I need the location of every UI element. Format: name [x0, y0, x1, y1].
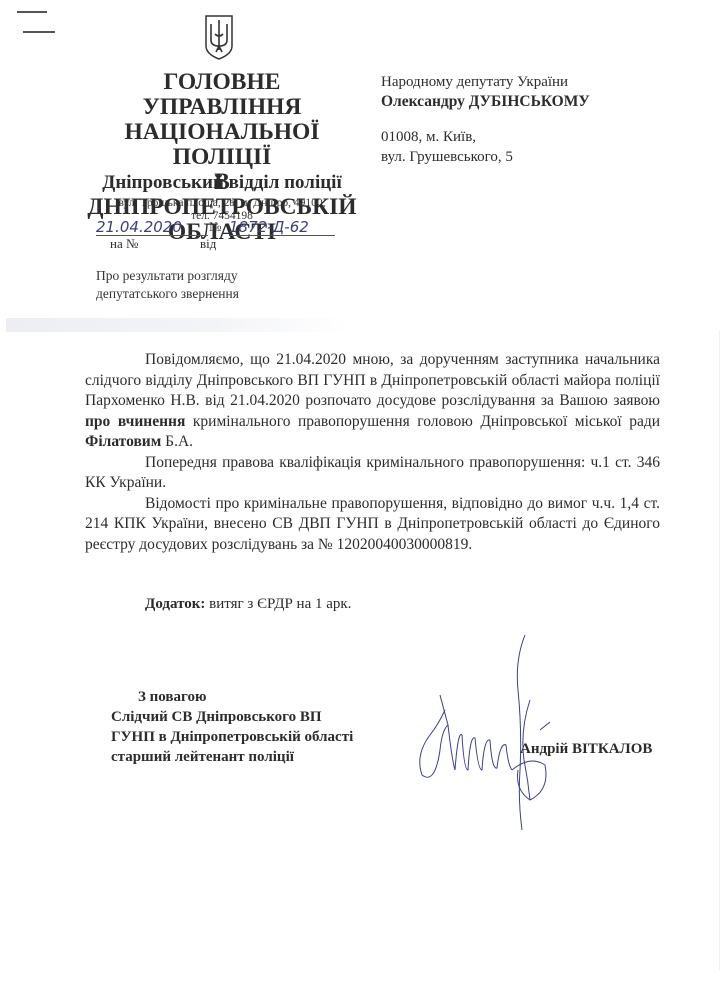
paragraph: Попередня правова кваліфікація криміналь… — [85, 453, 660, 494]
scan-mark — [23, 31, 55, 33]
paragraph: Відомості про кримінальне правопорушення… — [85, 494, 660, 556]
signature-block: З повагою Слідчий СВ Дніпровського ВП ГУ… — [111, 687, 353, 767]
department-name: Дніпровський відділ поліції — [82, 172, 362, 194]
ref-date-label: від — [200, 236, 216, 252]
letter-body: Повідомляємо, що 21.04.2020 мною, за дор… — [85, 350, 660, 555]
paragraph: Повідомляємо, що 21.04.2020 мною, за дор… — [85, 350, 660, 453]
scan-mark — [17, 11, 47, 13]
signer-name: Андрій ВІТКАЛОВ — [520, 741, 652, 758]
outgoing-date: 21.04.2020 — [96, 218, 208, 236]
ref-number-label: на № — [110, 236, 138, 252]
recipient-address: 01008, м. Київ, вул. Грушевського, 5 — [381, 127, 513, 167]
scan-artifact — [6, 318, 351, 332]
handwritten-signature — [400, 630, 560, 830]
recipient-name: Олександру ДУБІНСЬКОМУ — [381, 93, 590, 110]
recipient: Народному депутату України Олександру ДУ… — [381, 72, 590, 112]
number-sign: № — [209, 219, 221, 235]
attachment-note: Додаток: витяг з ЄРДР на 1 арк. — [145, 596, 351, 613]
letter-subject: Про результати розгляду депутатського зв… — [96, 267, 239, 303]
trident-coat-of-arms-icon — [204, 14, 234, 60]
scan-edge — [719, 330, 720, 970]
outgoing-number: 1872-Д-62 — [229, 218, 335, 236]
